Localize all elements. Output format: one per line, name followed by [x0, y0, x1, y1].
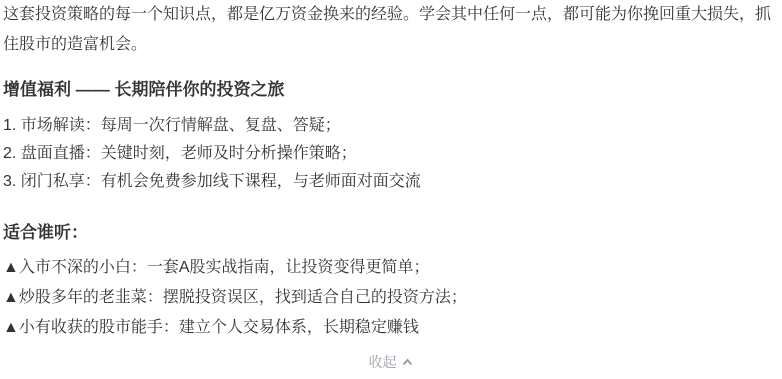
course-description-section: 这套投资策略的每一个知识点，都是亿万资金换来的经验。学会其中任何一点，都可能为你… [0, 0, 782, 373]
audience-item-3: ▲小有收获的股市能手：建立个人交易体系，长期稳定赚钱 [3, 313, 778, 343]
collapse-label: 收起 [369, 351, 397, 373]
audience-item-1: ▲入市不深的小白：一套A股实战指南，让投资变得更简单； [3, 253, 778, 283]
benefit-item-1: 1. 市场解读：每周一次行情解盘、复盘、答疑； [3, 112, 778, 140]
benefit-item-2: 2. 盘面直播：关键时刻，老师及时分析操作策略； [3, 140, 778, 168]
chevron-up-icon [402, 358, 413, 366]
intro-paragraph: 这套投资策略的每一个知识点，都是亿万资金换来的经验。学会其中任何一点，都可能为你… [3, 0, 778, 60]
benefits-list: 1. 市场解读：每周一次行情解盘、复盘、答疑； 2. 盘面直播：关键时刻，老师及… [3, 112, 778, 196]
benefits-heading: 增值福利 —— 长期陪伴你的投资之旅 [3, 75, 778, 105]
collapse-button[interactable]: 收起 [369, 351, 413, 373]
audience-heading: 适合谁听： [3, 219, 778, 247]
collapse-bar: 收起 [3, 351, 778, 373]
audience-item-2: ▲炒股多年的老韭菜：摆脱投资误区，找到适合自己的投资方法； [3, 283, 778, 313]
audience-list: ▲入市不深的小白：一套A股实战指南，让投资变得更简单； ▲炒股多年的老韭菜：摆脱… [3, 253, 778, 343]
benefit-item-3: 3. 闭门私享：有机会免费参加线下课程，与老师面对面交流 [3, 168, 778, 196]
